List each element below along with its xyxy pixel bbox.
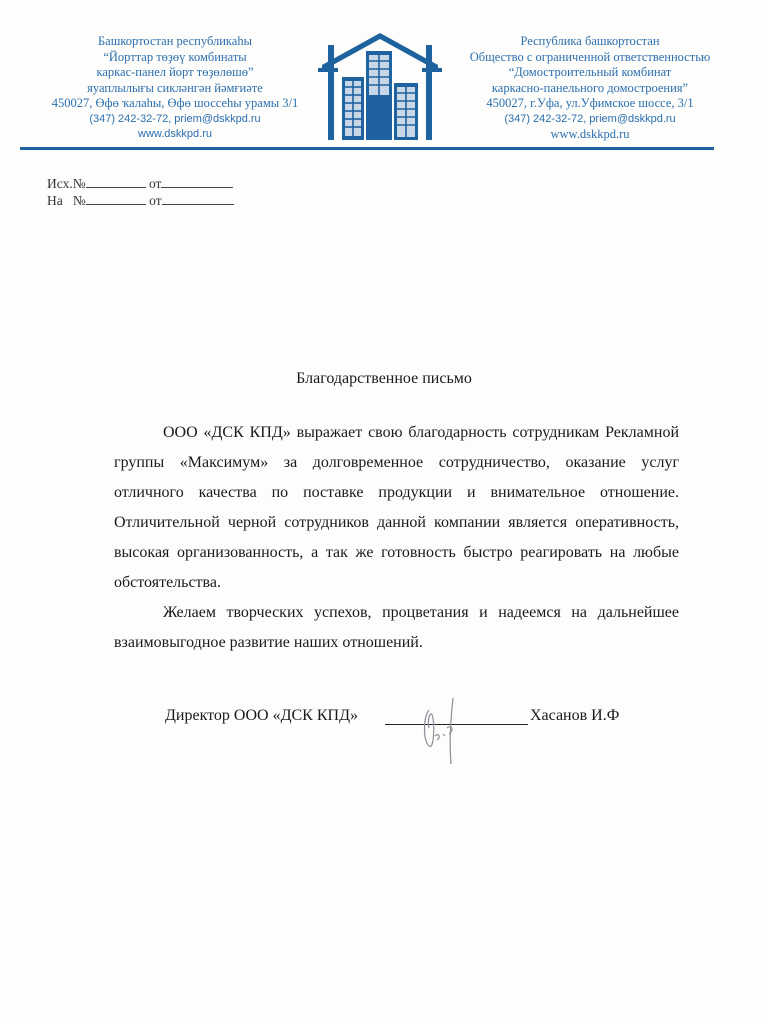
outgoing-number-blank xyxy=(86,175,146,188)
outgoing-label: Исх.№ xyxy=(47,176,86,191)
outgoing-ref-row: Исх.№ от xyxy=(47,175,234,192)
handwritten-signature-icon xyxy=(415,688,475,768)
incoming-label: На № xyxy=(47,193,86,208)
letter-body: ООО «ДСК КПД» выражает свою благодарност… xyxy=(114,418,679,658)
address: 450027, г.Уфа, ул.Уфимское шоссе, 3/1 xyxy=(445,96,735,112)
org-line: Республика башкортостан xyxy=(445,34,735,50)
incoming-ref-row: На № от xyxy=(47,192,234,209)
org-line: каркасно-панельного домостроения” xyxy=(445,81,735,97)
org-line: Общество с ограниченной ответственностью xyxy=(445,50,735,66)
org-line: “Домостроительный комбинат xyxy=(445,65,735,81)
incoming-number-blank xyxy=(86,192,146,205)
signer-name: Хасанов И.Ф xyxy=(530,707,619,725)
outgoing-date-blank xyxy=(161,175,233,188)
address: 450027, Өфө ҡалаһы, Өфө шоссеһы урамы 3/… xyxy=(30,96,320,112)
website-link[interactable]: www.dskkpd.ru xyxy=(445,127,735,143)
signer-position: Директор ООО «ДСК КПД» xyxy=(165,707,358,724)
letterhead-right-russian: Республика башкортостан Общество с огран… xyxy=(445,34,735,143)
paragraph: Желаем творческих успехов, процветания и… xyxy=(114,598,679,658)
org-line: яуаплылығы сикләнгән йәмғиәте xyxy=(30,81,320,97)
org-line: “Йорттар төҙөү комбинаты xyxy=(30,50,320,66)
contacts: (347) 242-32-72, priem@dskkpd.ru xyxy=(30,112,320,128)
letter-title: Благодарственное письмо xyxy=(0,370,768,388)
buildings-house-logo-icon xyxy=(310,25,450,145)
date-label: от xyxy=(149,193,161,208)
reference-numbers: Исх.№ от На № от xyxy=(47,175,234,209)
paragraph: ООО «ДСК КПД» выражает свою благодарност… xyxy=(114,418,679,598)
date-label: от xyxy=(149,176,161,191)
letterhead-left-bashkir: Башкортостан республикаһы “Йорттар төҙөү… xyxy=(30,34,320,143)
org-line: каркас-панел йорт төҙөлөшө” xyxy=(30,65,320,81)
header-divider xyxy=(20,147,714,150)
contacts: (347) 242-32-72, priem@dskkpd.ru xyxy=(445,112,735,128)
incoming-date-blank xyxy=(162,192,234,205)
org-line: Башкортостан республикаһы xyxy=(30,34,320,50)
website-link[interactable]: www.dskkpd.ru xyxy=(30,127,320,143)
